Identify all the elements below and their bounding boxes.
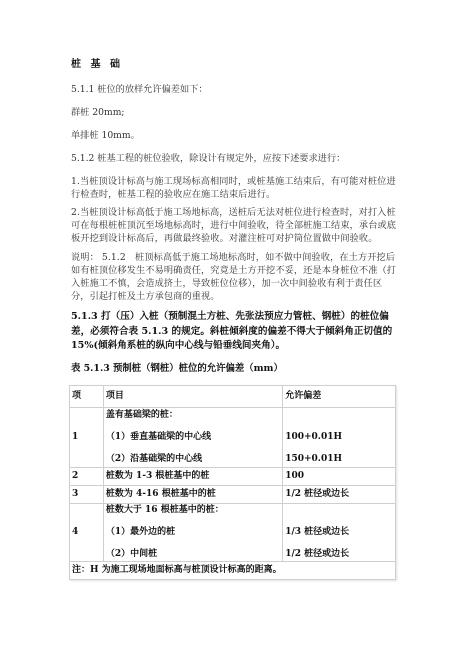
- tolerance-line: [285, 409, 393, 422]
- table-row: 2 桩数为 1-3 根桩基中的桩 100: [70, 468, 396, 486]
- row-tolerance: 100+0.01H 150+0.01H: [283, 408, 396, 468]
- tolerance-line: [285, 504, 393, 517]
- item-line: （1）最外边的桩: [106, 526, 280, 539]
- row-no: 3: [70, 486, 104, 504]
- tolerance-line: 150+0.01H: [285, 453, 393, 466]
- table-row: 1 盖有基础梁的桩： （1）垂直基础梁的中心线 （2）沿基础梁的中心线 100+…: [70, 408, 396, 468]
- tolerance-line: 1/2 桩径或边长: [285, 548, 393, 561]
- row-item: 桩数大于 16 根桩基中的桩： （1）最外边的桩 （2）中间桩: [103, 504, 282, 562]
- header-no: 项: [70, 386, 104, 408]
- section-5-1-2: 5.1.2 桩基工程的桩位验收，除设计有规定外，应按下述要求进行：: [71, 152, 345, 165]
- section-5-1-1: 5.1.1 桩位的放样允许偏差如下：: [71, 83, 208, 96]
- table-row: 4 桩数大于 16 根桩基中的桩： （1）最外边的桩 （2）中间桩 1/3 桩径…: [70, 504, 396, 562]
- table-header-row: 项 项目 允许偏差: [70, 386, 396, 408]
- requirement-item-1: 1.当桩顶设计标高与施工现场标高相同时，或桩基施工结束后，有可能对桩位进行检查时…: [71, 175, 397, 201]
- table-row: 3 桩数为 4-16 根桩基中的桩 1/2 桩径或边长: [70, 486, 396, 504]
- item-line: （1）垂直基础梁的中心线: [106, 431, 280, 444]
- row-no: 4: [70, 504, 104, 562]
- item-line: （2）沿基础梁的中心线: [106, 453, 280, 466]
- row-item: 桩数为 4-16 根桩基中的桩: [103, 486, 282, 504]
- section-5-1-3: 5.1.3 打（压）入桩（预制混土方桩、先张法预应力管桩、钢桩）的桩位偏差，必须…: [71, 310, 401, 354]
- table-caption: 表 5.1.3 预制桩（钢桩）桩位的允许偏差（mm）: [71, 362, 283, 375]
- row-tolerance: 1/3 桩径或边长 1/2 桩径或边长: [283, 504, 396, 562]
- group-pile-tolerance: 群桩 20mm;: [71, 106, 125, 119]
- explanation-note: 说明： 5.1.2 桩顶标高低于施工场地标高时，如不做中间验收，在土方开挖后如有…: [71, 251, 397, 303]
- header-tolerance: 允许偏差: [283, 386, 396, 408]
- row-no: 1: [70, 408, 104, 468]
- table-footnote: 注：H 为施工现场地面标高与桩顶设计标高的距离。: [70, 562, 396, 580]
- tolerance-line: 100+0.01H: [285, 431, 393, 444]
- row-item: 盖有基础梁的桩： （1）垂直基础梁的中心线 （2）沿基础梁的中心线: [103, 408, 282, 468]
- header-item: 项目: [103, 386, 282, 408]
- table-footnote-row: 注：H 为施工现场地面标高与桩顶设计标高的距离。: [70, 562, 396, 580]
- row-tolerance: 100: [283, 468, 396, 486]
- item-line: 盖有基础梁的桩：: [106, 409, 280, 422]
- document-page: 桩 基 础 5.1.1 桩位的放样允许偏差如下： 群桩 20mm; 单排桩 10…: [0, 0, 463, 655]
- row-item: 桩数为 1-3 根桩基中的桩: [103, 468, 282, 486]
- row-tolerance: 1/2 桩径或边长: [283, 486, 396, 504]
- item-line: 桩数大于 16 根桩基中的桩：: [106, 504, 280, 517]
- tolerance-line: 1/3 桩径或边长: [285, 526, 393, 539]
- tolerance-table: 项 项目 允许偏差 1 盖有基础梁的桩： （1）垂直基础梁的中心线 （2）沿基础…: [69, 385, 396, 580]
- requirement-item-2: 2.当桩顶设计标高低于施工场地标高，送桩后无法对桩位进行检查时，对打入桩可在每根…: [71, 206, 397, 245]
- item-line: （2）中间桩: [106, 548, 280, 561]
- row-no: 2: [70, 468, 104, 486]
- document-title: 桩 基 础: [71, 58, 123, 71]
- single-row-pile-tolerance: 单排桩 10mm。: [71, 129, 140, 142]
